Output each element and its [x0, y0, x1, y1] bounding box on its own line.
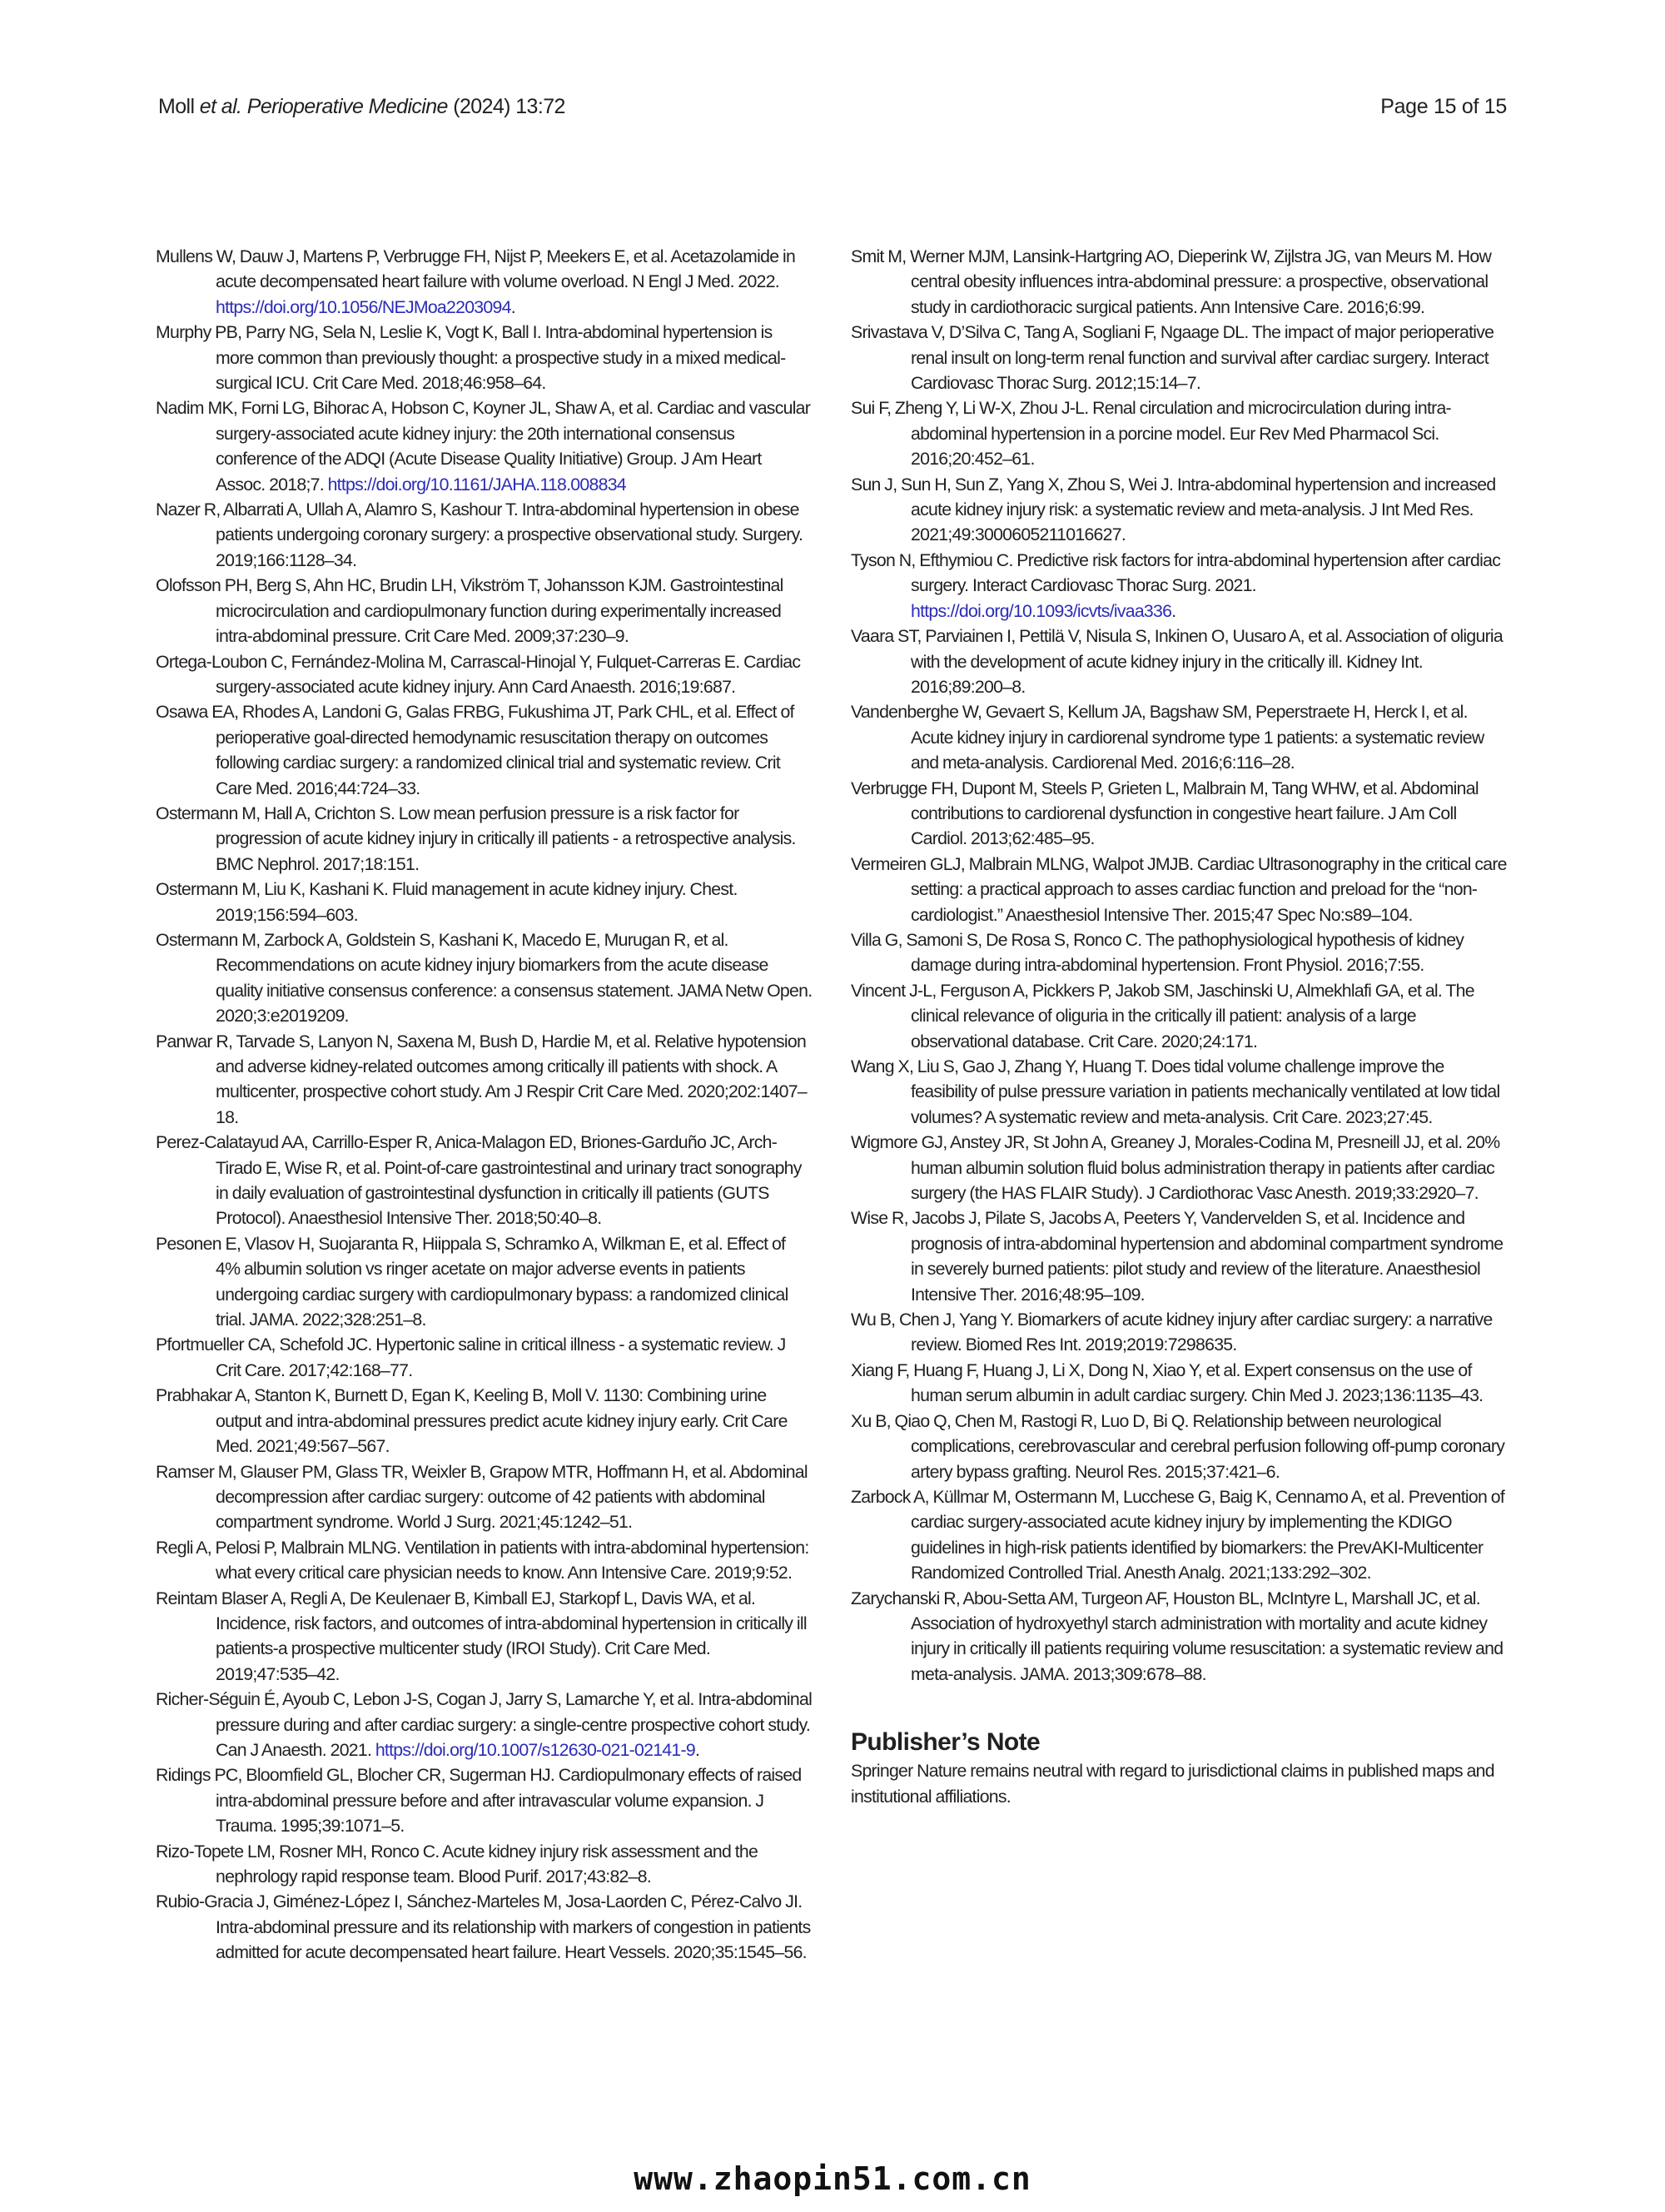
- reference-entry: Olofsson PH, Berg S, Ahn HC, Brudin LH, …: [156, 573, 813, 649]
- reference-entry: Xu B, Qiao Q, Chen M, Rastogi R, Luo D, …: [851, 1409, 1508, 1484]
- reference-entry: Richer-Séguin É, Ayoub C, Lebon J-S, Cog…: [156, 1687, 813, 1762]
- reference-list-left: Mullens W, Dauw J, Martens P, Verbrugge …: [156, 244, 813, 1966]
- reference-entry: Wise R, Jacobs J, Pilate S, Jacobs A, Pe…: [851, 1205, 1508, 1307]
- reference-entry: Vincent J-L, Ferguson A, Pickkers P, Jak…: [851, 978, 1508, 1054]
- reference-entry: Wang X, Liu S, Gao J, Zhang Y, Huang T. …: [851, 1054, 1508, 1130]
- reference-text: Wu B, Chen J, Yang Y. Biomarkers of acut…: [851, 1310, 1493, 1355]
- references-right-column: Smit M, Werner MJM, Lansink-Hartgring AO…: [851, 244, 1508, 1809]
- reference-text: Ostermann M, Zarbock A, Goldstein S, Kas…: [156, 930, 812, 1026]
- reference-entry: Pesonen E, Vlasov H, Suojaranta R, Hiipp…: [156, 1231, 813, 1333]
- reference-entry: Ostermann M, Hall A, Crichton S. Low mea…: [156, 801, 813, 877]
- reference-entry: Ostermann M, Liu K, Kashani K. Fluid man…: [156, 877, 813, 927]
- doi-link[interactable]: https://doi.org/10.1161/JAHA.118.008834: [328, 475, 626, 495]
- reference-entry: Murphy PB, Parry NG, Sela N, Leslie K, V…: [156, 320, 813, 395]
- reference-entry: Ramser M, Glauser PM, Glass TR, Weixler …: [156, 1459, 813, 1535]
- reference-entry: Nadim MK, Forni LG, Bihorac A, Hobson C,…: [156, 395, 813, 497]
- reference-text: Vermeiren GLJ, Malbrain MLNG, Walpot JMJ…: [851, 854, 1507, 925]
- reference-entry: Zarychanski R, Abou-Setta AM, Turgeon AF…: [851, 1586, 1508, 1688]
- watermark: www.zhaopin51.com.cn: [0, 2160, 1665, 2197]
- reference-text: Sui F, Zheng Y, Li W-X, Zhou J-L. Renal …: [851, 398, 1451, 469]
- reference-entry: Mullens W, Dauw J, Martens P, Verbrugge …: [156, 244, 813, 320]
- reference-entry: Rizo-Topete LM, Rosner MH, Ronco C. Acut…: [156, 1839, 813, 1890]
- reference-text: Perez-Calatayud AA, Carrillo-Esper R, An…: [156, 1132, 802, 1228]
- reference-entry: Xiang F, Huang F, Huang J, Li X, Dong N,…: [851, 1358, 1508, 1409]
- reference-entry: Vermeiren GLJ, Malbrain MLNG, Walpot JMJ…: [851, 852, 1508, 927]
- reference-text: Pesonen E, Vlasov H, Suojaranta R, Hiipp…: [156, 1234, 788, 1330]
- reference-entry: Rubio-Gracia J, Giménez-López I, Sánchez…: [156, 1889, 813, 1965]
- reference-text: Regli A, Pelosi P, Malbrain MLNG. Ventil…: [156, 1538, 809, 1583]
- publisher-note-heading: Publisher’s Note: [851, 1727, 1508, 1758]
- reference-entry: Osawa EA, Rhodes A, Landoni G, Galas FRB…: [156, 699, 813, 801]
- reference-text: Mullens W, Dauw J, Martens P, Verbrugge …: [156, 246, 795, 291]
- reference-entry: Srivastava V, D’Silva C, Tang A, Soglian…: [851, 320, 1508, 395]
- reference-entry: Regli A, Pelosi P, Malbrain MLNG. Ventil…: [156, 1535, 813, 1586]
- reference-text: Ridings PC, Bloomfield GL, Blocher CR, S…: [156, 1765, 802, 1836]
- reference-text: Vandenberghe W, Gevaert S, Kellum JA, Ba…: [851, 702, 1484, 773]
- reference-entry: Smit M, Werner MJM, Lansink-Hartgring AO…: [851, 244, 1508, 320]
- reference-text: Ostermann M, Liu K, Kashani K. Fluid man…: [156, 879, 738, 924]
- reference-entry: Zarbock A, Küllmar M, Ostermann M, Lucch…: [851, 1484, 1508, 1586]
- reference-entry: Prabhakar A, Stanton K, Burnett D, Egan …: [156, 1383, 813, 1459]
- reference-entry: Sun J, Sun H, Sun Z, Yang X, Zhou S, Wei…: [851, 472, 1508, 548]
- reference-entry: Perez-Calatayud AA, Carrillo-Esper R, An…: [156, 1130, 813, 1231]
- doi-link[interactable]: https://doi.org/10.1056/NEJMoa2203094: [216, 297, 511, 317]
- reference-text: Verbrugge FH, Dupont M, Steels P, Griete…: [851, 778, 1479, 849]
- reference-text: Srivastava V, D’Silva C, Tang A, Soglian…: [851, 322, 1494, 393]
- running-head: Moll et al. Perioperative Medicine (2024…: [158, 90, 1507, 123]
- reference-entry: Ridings PC, Bloomfield GL, Blocher CR, S…: [156, 1762, 813, 1838]
- reference-text: Wigmore GJ, Anstey JR, St John A, Greane…: [851, 1132, 1499, 1203]
- publisher-note-body: Springer Nature remains neutral with reg…: [851, 1758, 1508, 1809]
- header-authors: Moll: [158, 95, 194, 118]
- reference-entry: Pfortmueller CA, Schefold JC. Hypertonic…: [156, 1332, 813, 1383]
- reference-entry: Reintam Blaser A, Regli A, De Keulenaer …: [156, 1586, 813, 1688]
- reference-text: Smit M, Werner MJM, Lansink-Hartgring AO…: [851, 246, 1491, 317]
- reference-entry: Vaara ST, Parviainen I, Pettilä V, Nisul…: [851, 624, 1508, 699]
- reference-text: Zarbock A, Küllmar M, Ostermann M, Lucch…: [851, 1487, 1504, 1583]
- reference-entry: Panwar R, Tarvade S, Lanyon N, Saxena M,…: [156, 1029, 813, 1131]
- reference-text: Olofsson PH, Berg S, Ahn HC, Brudin LH, …: [156, 575, 783, 646]
- header-journal: Perioperative Medicine: [247, 95, 448, 118]
- header-year-volume: (2024) 13:72: [453, 95, 565, 118]
- reference-text: Tyson N, Efthymiou C. Predictive risk fa…: [851, 550, 1500, 595]
- reference-list-right: Smit M, Werner MJM, Lansink-Hartgring AO…: [851, 244, 1508, 1687]
- journal-citation: Moll et al. Perioperative Medicine (2024…: [158, 90, 565, 123]
- reference-text: Panwar R, Tarvade S, Lanyon N, Saxena M,…: [156, 1031, 807, 1127]
- reference-text: Rizo-Topete LM, Rosner MH, Ronco C. Acut…: [156, 1842, 758, 1886]
- reference-text: Vincent J-L, Ferguson A, Pickkers P, Jak…: [851, 981, 1474, 1051]
- reference-text: Wise R, Jacobs J, Pilate S, Jacobs A, Pe…: [851, 1208, 1503, 1304]
- reference-text: Villa G, Samoni S, De Rosa S, Ronco C. T…: [851, 930, 1464, 975]
- reference-text: Zarychanski R, Abou-Setta AM, Turgeon AF…: [851, 1588, 1503, 1684]
- reference-text: Pfortmueller CA, Schefold JC. Hypertonic…: [156, 1335, 786, 1379]
- reference-text: Wang X, Liu S, Gao J, Zhang Y, Huang T. …: [851, 1056, 1499, 1127]
- doi-link[interactable]: https://doi.org/10.1007/s12630-021-02141…: [375, 1740, 695, 1760]
- reference-text: Reintam Blaser A, Regli A, De Keulenaer …: [156, 1588, 807, 1684]
- reference-text: Ramser M, Glauser PM, Glass TR, Weixler …: [156, 1462, 808, 1533]
- reference-tail: .: [511, 297, 515, 317]
- reference-entry: Wigmore GJ, Anstey JR, St John A, Greane…: [851, 1130, 1508, 1205]
- publisher-note: Publisher’s Note Springer Nature remains…: [851, 1727, 1508, 1809]
- reference-text: Rubio-Gracia J, Giménez-López I, Sánchez…: [156, 1891, 810, 1962]
- reference-text: Xu B, Qiao Q, Chen M, Rastogi R, Luo D, …: [851, 1411, 1504, 1482]
- reference-entry: Ortega-Loubon C, Fernández-Molina M, Car…: [156, 649, 813, 700]
- reference-text: Prabhakar A, Stanton K, Burnett D, Egan …: [156, 1385, 788, 1456]
- reference-entry: Ostermann M, Zarbock A, Goldstein S, Kas…: [156, 927, 813, 1029]
- reference-entry: Wu B, Chen J, Yang Y. Biomarkers of acut…: [851, 1307, 1508, 1358]
- doi-link[interactable]: https://doi.org/10.1093/icvts/ivaa336: [911, 601, 1171, 621]
- reference-entry: Sui F, Zheng Y, Li W-X, Zhou J-L. Renal …: [851, 395, 1508, 471]
- reference-text: Ortega-Loubon C, Fernández-Molina M, Car…: [156, 652, 800, 697]
- reference-entry: Villa G, Samoni S, De Rosa S, Ronco C. T…: [851, 927, 1508, 978]
- reference-text: Ostermann M, Hall A, Crichton S. Low mea…: [156, 803, 796, 874]
- reference-entry: Nazer R, Albarrati A, Ullah A, Alamro S,…: [156, 497, 813, 573]
- reference-tail: .: [695, 1740, 699, 1760]
- page-number: Page 15 of 15: [1380, 90, 1507, 123]
- reference-tail: .: [1171, 601, 1175, 621]
- reference-entry: Tyson N, Efthymiou C. Predictive risk fa…: [851, 548, 1508, 624]
- reference-text: Nazer R, Albarrati A, Ullah A, Alamro S,…: [156, 500, 803, 570]
- reference-text: Vaara ST, Parviainen I, Pettilä V, Nisul…: [851, 626, 1503, 697]
- reference-entry: Verbrugge FH, Dupont M, Steels P, Griete…: [851, 776, 1508, 852]
- reference-text: Osawa EA, Rhodes A, Landoni G, Galas FRB…: [156, 702, 794, 798]
- references-left-column: Mullens W, Dauw J, Martens P, Verbrugge …: [156, 244, 813, 1966]
- header-etal: et al.: [200, 95, 242, 118]
- reference-entry: Vandenberghe W, Gevaert S, Kellum JA, Ba…: [851, 699, 1508, 775]
- reference-text: Sun J, Sun H, Sun Z, Yang X, Zhou S, Wei…: [851, 475, 1495, 545]
- reference-text: Murphy PB, Parry NG, Sela N, Leslie K, V…: [156, 322, 785, 393]
- reference-text: Xiang F, Huang F, Huang J, Li X, Dong N,…: [851, 1360, 1483, 1405]
